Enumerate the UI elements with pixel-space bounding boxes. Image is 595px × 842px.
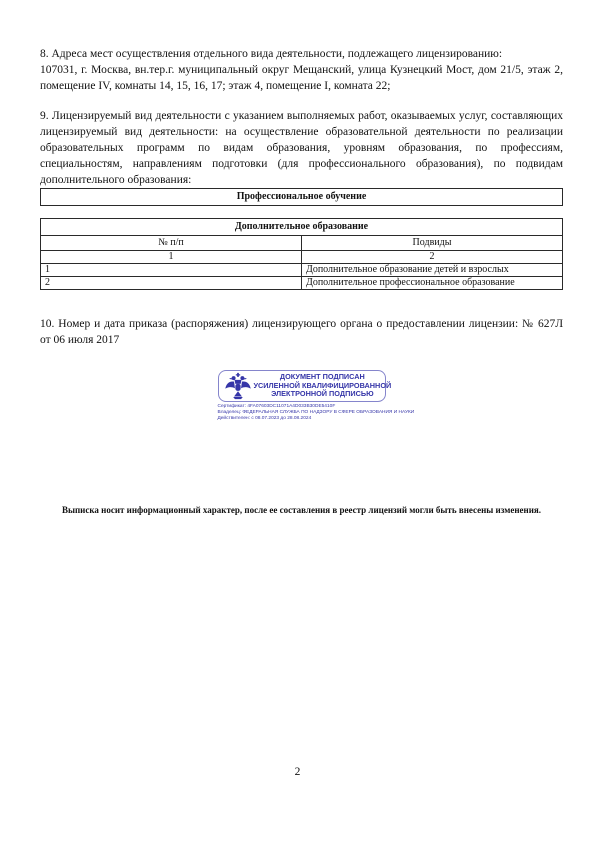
paragraph-8-intro: 8. Адреса мест осуществления отдельного … (40, 48, 502, 60)
column-index-1: 1 (41, 251, 302, 264)
table-row: 2 Дополнительное профессиональное образо… (41, 277, 563, 290)
digital-signature-stamp: ДОКУМЕНТ ПОДПИСАН УСИЛЕННОЙ КВАЛИФИЦИРОВ… (218, 370, 386, 423)
column-header-subtypes: Подвиды (302, 236, 563, 251)
stamp-title-line3: ЭЛЕКТРОННОЙ ПОДПИСЬЮ (271, 389, 373, 398)
table-additional-education: Дополнительное образование № п/п Подвиды… (40, 218, 563, 290)
row-2-num: 2 (41, 277, 302, 290)
additional-education-title: Дополнительное образование (41, 219, 563, 236)
table-header-row: № п/п Подвиды (41, 236, 563, 251)
table-professional-training: Профессиональное обучение (40, 188, 563, 206)
professional-training-title: Профессиональное обучение (41, 189, 563, 206)
paragraph-8-addresses: 8. Адреса мест осуществления отдельного … (40, 46, 563, 94)
table-row: 1 Дополнительное образование детей и взр… (41, 264, 563, 277)
stamp-validity: Действителен: с 08.07.2023 до 28.08.2024 (218, 416, 386, 422)
footer-disclaimer: Выписка носит информационный характер, п… (40, 505, 563, 516)
row-1-num: 1 (41, 264, 302, 277)
row-1-subtype: Дополнительное образование детей и взрос… (302, 264, 563, 277)
table-spacer (40, 206, 563, 218)
row-2-subtype: Дополнительное профессиональное образова… (302, 277, 563, 290)
column-header-num: № п/п (41, 236, 302, 251)
table-row: Дополнительное образование (41, 219, 563, 236)
column-index-2: 2 (302, 251, 563, 264)
signature-stamp-meta: Сертификат: 4FA07603DC11071A4D033B30DE54… (218, 404, 386, 423)
paragraph-8-address: 107031, г. Москва, вн.тер.г. муниципальн… (40, 64, 563, 92)
table-row: Профессиональное обучение (41, 189, 563, 206)
paragraph-10-order: 10. Номер и дата приказа (распоряжения) … (40, 316, 563, 348)
signature-stamp-box: ДОКУМЕНТ ПОДПИСАН УСИЛЕННОЙ КВАЛИФИЦИРОВ… (218, 370, 386, 402)
coat-of-arms-icon (222, 372, 254, 400)
document-page: 8. Адреса мест осуществления отдельного … (0, 0, 595, 842)
signature-stamp-title: ДОКУМЕНТ ПОДПИСАН УСИЛЕННОЙ КВАЛИФИЦИРОВ… (254, 373, 392, 399)
table-index-row: 1 2 (41, 251, 563, 264)
page-number: 2 (0, 766, 595, 778)
paragraph-9-activity: 9. Лицензируемый вид деятельности с указ… (40, 108, 563, 188)
